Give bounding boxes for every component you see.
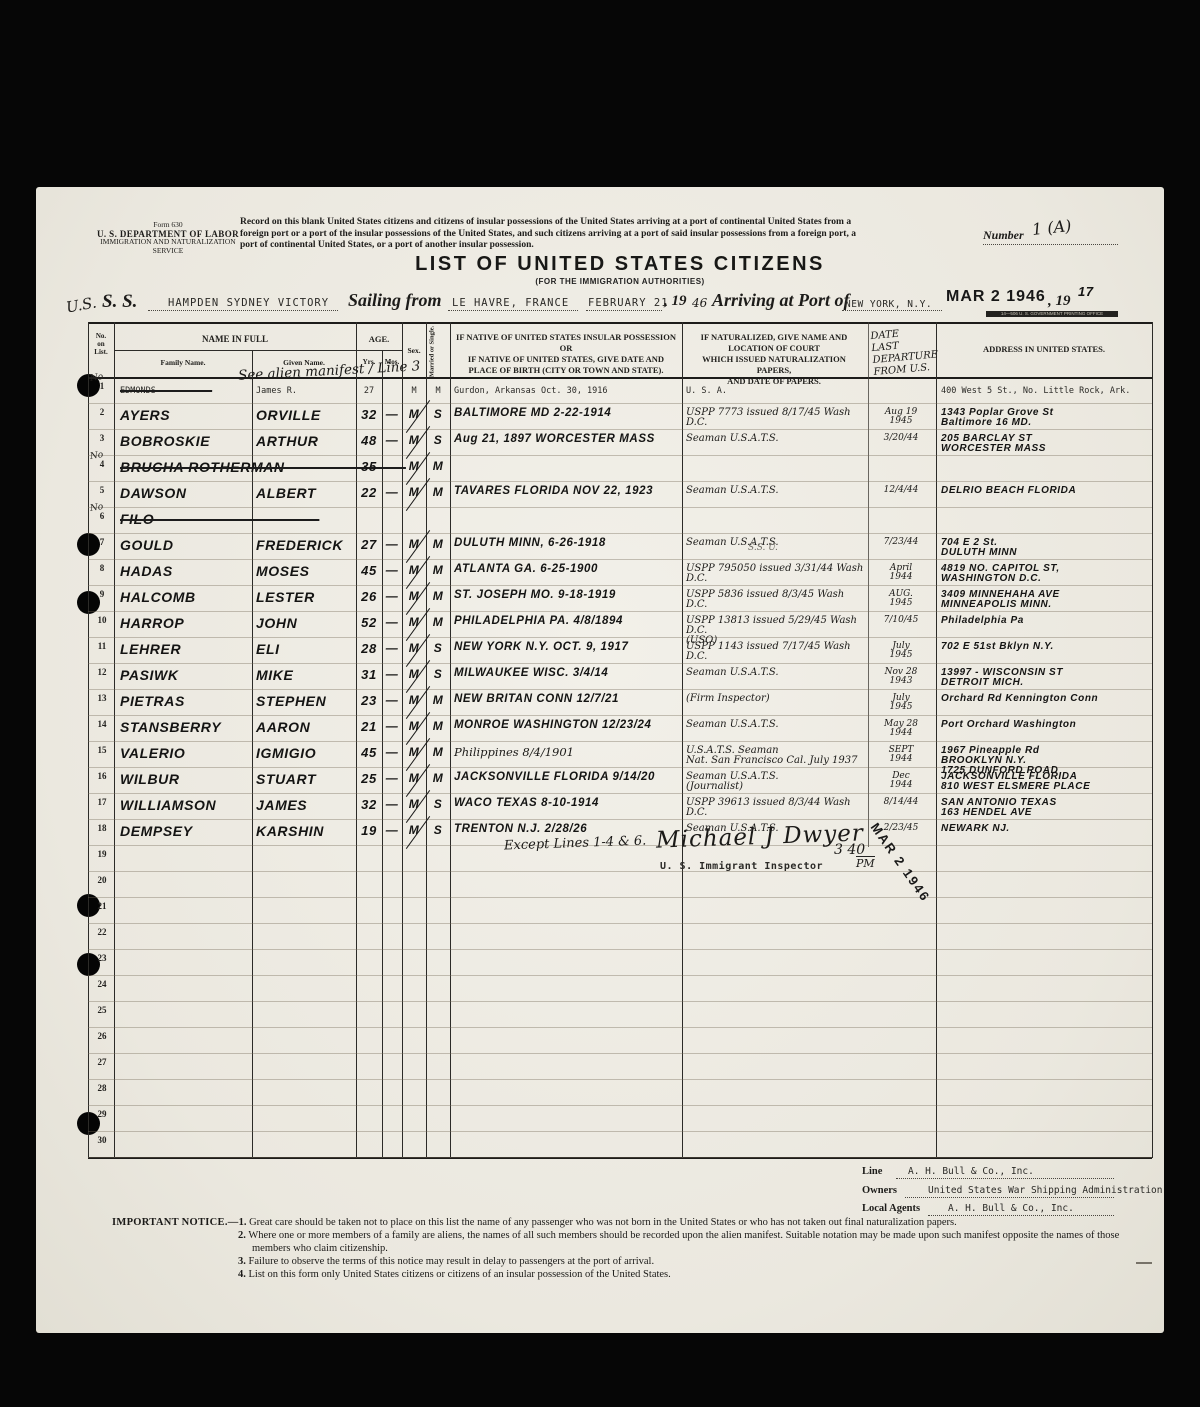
cell-mos: — [382, 615, 402, 629]
row8-pencil-note: S.S. U. [748, 543, 778, 553]
table-row: 4BRUCHA ROTHERMAN ————————35MMNo [88, 456, 1152, 482]
cell-birth: NEW YORK N.Y. OCT. 9, 1917 [454, 641, 684, 653]
notice-item-1: 1. Great care should be taken not to pla… [239, 1217, 957, 1228]
cell-mos: — [382, 407, 402, 421]
line-underline [896, 1178, 1114, 1179]
agents-value: A. H. Bull & Co., Inc. [948, 1203, 1074, 1214]
arrival-date-stamp: MAR 2 1946 [946, 288, 1046, 306]
table-row: 6FILO ———————————No [88, 508, 1152, 534]
cell-birth: ATLANTA GA. 6-25-1900 [454, 563, 684, 575]
ss-label: S. S. [102, 291, 137, 313]
table-row: 17WILLIAMSONJAMES32—MSWACO TEXAS 8-10-19… [88, 794, 1152, 820]
col-header-name: NAME IN FULL [114, 334, 356, 344]
number-label: Number [983, 228, 1024, 243]
cell-address: Philadelphia Pa [941, 616, 1149, 626]
arriving-label: Arriving at Port of [712, 290, 850, 311]
cell-address: 4819 NO. CAPITOL ST, WASHINGTON D.C. [941, 564, 1149, 584]
cell-birth: ST. JOSEPH MO. 9-18-1919 [454, 589, 684, 601]
cell-natur: USPP 795050 issued 3/31/44 Wash D.C. [686, 564, 868, 584]
table-row: 10HARROPJOHN52—MMPHILADELPHIA PA. 4/8/18… [88, 612, 1152, 638]
cell-birth: Philippines 8/4/1901 [454, 745, 684, 759]
cell-family: DEMPSEY [120, 823, 260, 839]
cell-natur: USPP 7773 issued 8/17/45 Wash D.C. [686, 408, 868, 428]
cell-given: KARSHIN [256, 823, 356, 839]
cell-yrs: 26 [356, 589, 382, 604]
cell-mos: — [382, 563, 402, 577]
agency-service: IMMIGRATION AND NATURALIZATION SERVICE [88, 238, 248, 255]
printing-office-plate: 14—506 U. S. GOVERNMENT PRINTING OFFICE [986, 311, 1118, 317]
cell-address: Orchard Rd Kennington Conn [941, 694, 1149, 704]
sailing-from-label: Sailing from [348, 290, 442, 311]
cell-marital: S [426, 797, 450, 811]
cell-mos: — [382, 667, 402, 681]
cell-natur: Seaman U.S.A.T.S. [686, 434, 868, 444]
cell-mos: — [382, 797, 402, 811]
cell-no: 27 [92, 1057, 112, 1067]
table-row: 23 [88, 950, 1152, 976]
cell-no: 26 [92, 1031, 112, 1041]
owners-value: United States War Shipping Administratio… [928, 1185, 1163, 1196]
cell-no: 20 [92, 875, 112, 885]
cell-natur: USPP 1143 issued 7/17/45 Wash D.C. [686, 642, 868, 662]
col-header-sex: Sex. [402, 346, 426, 355]
cell-marital: S [426, 823, 450, 837]
cell-no: 18 [92, 823, 112, 833]
cell-birth: WACO TEXAS 8-10-1914 [454, 797, 684, 809]
cell-family: PIETRAS [120, 693, 260, 709]
cell-birth: TAVARES FLORIDA NOV 22, 1923 [454, 485, 684, 497]
sailing-year: 46 [692, 296, 707, 310]
owners-underline [905, 1197, 1114, 1198]
page-title: LIST OF UNITED STATES CITIZENS [360, 253, 880, 276]
cell-given: MOSES [256, 563, 356, 579]
cell-mos: — [382, 771, 402, 785]
cell-family: AYERS [120, 407, 260, 423]
table-row: 9HALCOMBLESTER26—MMST. JOSEPH MO. 9-18-1… [88, 586, 1152, 612]
table-row: 13PIETRASSTEPHEN23—MMNEW BRITAN CONN 12/… [88, 690, 1152, 716]
sailing-port-underline [448, 310, 578, 311]
sailing-date-underline [586, 310, 662, 311]
cell-marital: M [426, 485, 450, 499]
cell-natur: (Firm Inspector) [686, 694, 868, 704]
cell-address: DELRIO BEACH FLORIDA [941, 486, 1149, 496]
cell-mos: — [382, 719, 402, 733]
table-row: 15VALERIOIGMIGIO45—MMPhilippines 8/4/190… [88, 742, 1152, 768]
cell-no: 5 [92, 485, 112, 495]
cell-no: 2 [92, 407, 112, 417]
cell-date: 7/10/45 [869, 616, 933, 625]
cell-address: 1343 Poplar Grove St Baltimore 16 MD. [941, 408, 1149, 428]
cell-birth: NEW BRITAN CONN 12/7/21 [454, 693, 684, 705]
table-row: 3BOBROSKIEARTHUR48—MSAug 21, 1897 WORCES… [88, 430, 1152, 456]
cell-given: STEPHEN [256, 693, 356, 709]
cell-no: 23 [92, 953, 112, 963]
cell-marital: S [426, 667, 450, 681]
cell-address: 13997 - WISCONSIN ST DETROIT MICH. [941, 668, 1149, 688]
cell-address: SAN ANTONIO TEXAS 163 HENDEL AVE [941, 798, 1149, 818]
margin-note: No [89, 372, 104, 384]
table-row: 20 [88, 872, 1152, 898]
table-row: 2AYERSORVILLE32—MSBALTIMORE MD 2-22-1914… [88, 404, 1152, 430]
cell-family: BOBROSKIE [120, 433, 260, 449]
cell-no: 15 [92, 745, 112, 755]
cell-no: 11 [92, 641, 112, 651]
time-meridiem: PM [856, 856, 875, 870]
printers-mark [1136, 1262, 1152, 1264]
line-value: A. H. Bull & Co., Inc. [908, 1166, 1034, 1177]
margin-note: No [89, 502, 104, 514]
col-header-age: AGE. [356, 334, 402, 344]
arrival-year-printed: , 19 [1048, 293, 1071, 310]
cell-given: ELI [256, 641, 356, 657]
table-row: 26 [88, 1028, 1152, 1054]
cell-no: 13 [92, 693, 112, 703]
cell-given: IGMIGIO [256, 745, 356, 761]
cell-mos: — [382, 693, 402, 707]
arrival-port: NEW YORK, N.Y. [845, 299, 932, 310]
cell-yrs: 48 [356, 433, 382, 448]
cell-yrs: 27 [356, 386, 382, 396]
cell-date: May 28 1944 [869, 720, 933, 738]
cell-marital: M [426, 386, 450, 396]
arrival-year-handwritten: 17 [1078, 284, 1094, 299]
cell-given: STUART [256, 771, 356, 787]
cell-no: 16 [92, 771, 112, 781]
notice-item-2: 2. Where one or more members of a family… [238, 1229, 1122, 1255]
cell-given: FREDERICK [256, 537, 356, 553]
cell-date: 12/4/44 [869, 486, 933, 495]
cell-birth: TRENTON N.J. 2/28/26 [454, 823, 684, 835]
cell-family: STANSBERRY [120, 719, 260, 735]
table-row: 16WILBURSTUART25—MMJACKSONVILLE FLORIDA … [88, 768, 1152, 794]
col-header-birth: IF NATIVE OF UNITED STATES INSULAR POSSE… [452, 332, 680, 376]
table-row: 22 [88, 924, 1152, 950]
cell-family: FILO ——————————— [120, 511, 260, 527]
cell-date: April 1944 [869, 564, 933, 582]
cell-family: EDMONDS —————————— [120, 386, 260, 396]
cell-marital: M [426, 563, 450, 577]
cell-date: July 1945 [869, 642, 933, 660]
cell-family: BRUCHA ROTHERMAN ———————— [120, 459, 260, 475]
cell-date: 3/20/44 [869, 434, 933, 443]
cell-yrs: 22 [356, 485, 382, 500]
line-label: Line [862, 1166, 882, 1177]
col-header-no: No. on List. [88, 332, 114, 356]
cell-no: 12 [92, 667, 112, 677]
cell-given: ORVILLE [256, 407, 356, 423]
cell-no: 8 [92, 563, 112, 573]
cell-no: 21 [92, 901, 112, 911]
cell-birth: Aug 21, 1897 WORCESTER MASS [454, 433, 684, 445]
cell-yrs: 23 [356, 693, 382, 708]
cell-natur: Seaman U.S.A.T.S. [686, 720, 868, 730]
table-row: 24 [88, 976, 1152, 1002]
agents-label: Local Agents [862, 1203, 920, 1214]
cell-marital: M [426, 771, 450, 785]
notice-label: IMPORTANT NOTICE.— [112, 1217, 239, 1228]
cell-no: 25 [92, 1005, 112, 1015]
table-row: 29 [88, 1106, 1152, 1132]
cell-mos: — [382, 433, 402, 447]
cell-birth: JACKSONVILLE FLORIDA 9/14/20 [454, 771, 684, 783]
cell-yrs: 32 [356, 407, 382, 422]
cell-yrs: 19 [356, 823, 382, 838]
table-row: 12PASIWKMIKE31—MSMILWAUKEE WISC. 3/4/14S… [88, 664, 1152, 690]
cell-marital: M [426, 537, 450, 551]
sailing-port: LE HAVRE, FRANCE [452, 297, 569, 309]
margin-note: No [89, 450, 104, 462]
cell-natur: Seaman U.S.A.T.S. [686, 486, 868, 496]
important-notice: IMPORTANT NOTICE.—1. Great care should b… [112, 1216, 1122, 1281]
table-row: 30 [88, 1132, 1152, 1158]
notice-item-3: 3. Failure to observe the terms of this … [238, 1255, 1122, 1268]
cell-birth: BALTIMORE MD 2-22-1914 [454, 407, 684, 419]
table-row: 27 [88, 1054, 1152, 1080]
cell-yrs: 27 [356, 537, 382, 552]
cell-yrs: 25 [356, 771, 382, 786]
cell-mos: — [382, 745, 402, 759]
cell-yrs: 28 [356, 641, 382, 656]
cell-given: ARTHUR [256, 433, 356, 449]
cell-mos: — [382, 589, 402, 603]
arrival-port-underline [842, 310, 942, 311]
cell-family: VALERIO [120, 745, 260, 761]
cell-yrs: 45 [356, 563, 382, 578]
table-row: 19 [88, 846, 1152, 872]
col-header-family: Family Name. [114, 358, 252, 367]
cell-yrs: 21 [356, 719, 382, 734]
table-row: 8HADASMOSES45—MMATLANTA GA. 6-25-1900USP… [88, 560, 1152, 586]
cell-address: 3409 MINNEHAHA AVE MINNEAPOLIS MINN. [941, 590, 1149, 610]
cell-given: JOHN [256, 615, 356, 631]
table-row: 11LEHRERELI28—MSNEW YORK N.Y. OCT. 9, 19… [88, 638, 1152, 664]
cell-birth: MONROE WASHINGTON 12/23/24 [454, 719, 684, 731]
cell-family: HADAS [120, 563, 260, 579]
cell-natur: USPP 5836 issued 8/3/45 Wash D.C. [686, 590, 868, 610]
cell-marital: S [426, 641, 450, 655]
cell-birth: MILWAUKEE WISC. 3/4/14 [454, 667, 684, 679]
cell-marital: M [426, 719, 450, 733]
cell-birth: Gurdon, Arkansas Oct. 30, 1916 [454, 386, 684, 396]
cell-marital: M [426, 615, 450, 629]
table-row: 7GOULDFREDERICK27—MMDULUTH MINN, 6-26-19… [88, 534, 1152, 560]
cell-birth: PHILADELPHIA PA. 4/8/1894 [454, 615, 684, 627]
col-header-address: ADDRESS IN UNITED STATES. [936, 344, 1152, 354]
cell-given: JAMES [256, 797, 356, 813]
cell-marital: M [426, 589, 450, 603]
cell-marital: S [426, 407, 450, 421]
cell-address: JACKSONVILLE FLORIDA 810 WEST ELSMERE PL… [941, 772, 1149, 792]
cell-date: July 1945 [869, 694, 933, 712]
cell-date: Nov 28 1943 [869, 668, 933, 686]
cell-sex: M [402, 386, 426, 396]
cell-no: 9 [92, 589, 112, 599]
cell-no: 24 [92, 979, 112, 989]
cell-no: 7 [92, 537, 112, 547]
row-rule [88, 1157, 1152, 1158]
cell-natur: Seaman U.S.A.T.S. (Journalist) [686, 772, 868, 792]
cell-mos: — [382, 823, 402, 837]
cell-address: NEWARK NJ. [941, 824, 1149, 834]
cell-family: HARROP [120, 615, 260, 631]
cell-natur: U.S.A.T.S. Seaman Nat. San Francisco Cal… [686, 746, 868, 766]
table-row: 21 [88, 898, 1152, 924]
cell-given: MIKE [256, 667, 356, 683]
cell-given: James R. [256, 386, 356, 396]
cell-mos: — [382, 485, 402, 499]
scanned-document: { "header": { "form_number": "Form 630",… [0, 0, 1200, 1407]
cell-family: GOULD [120, 537, 260, 553]
cell-date: 8/14/44 [869, 798, 933, 807]
cell-yrs: 45 [356, 745, 382, 760]
cell-given: ALBERT [256, 485, 356, 501]
cell-natur: USPP 39613 issued 8/3/44 Wash D.C. [686, 798, 868, 818]
table-row: 28 [88, 1080, 1152, 1106]
cell-natur: Seaman U.S.A.T.S. [686, 668, 868, 678]
cell-family: WILBUR [120, 771, 260, 787]
form-instructions: Record on this blank United States citiz… [240, 217, 940, 252]
form-identifier: Form 630 U. S. DEPARTMENT OF LABOR IMMIG… [88, 221, 248, 255]
cell-no: 10 [92, 615, 112, 625]
cell-marital: S [426, 433, 450, 447]
cell-mos: — [382, 641, 402, 655]
col-header-married: Married or Single. [429, 322, 436, 382]
cell-no: 22 [92, 927, 112, 937]
page-subtitle: (FOR THE IMMIGRATION AUTHORITIES) [360, 277, 880, 286]
cell-marital: M [426, 745, 450, 759]
owners-label: Owners [862, 1185, 897, 1196]
cell-given: LESTER [256, 589, 356, 605]
col-header-date-note: DATE LAST DEPARTURE FROM U.S. [870, 325, 944, 379]
cell-date: Aug 19 1945 [869, 408, 933, 426]
cell-family: PASIWK [120, 667, 260, 683]
cell-address: Port Orchard Washington [941, 720, 1149, 730]
cell-given: AARON [256, 719, 356, 735]
cell-no: 17 [92, 797, 112, 807]
cell-no: 28 [92, 1083, 112, 1093]
number-underline [983, 244, 1118, 245]
cell-yrs: 52 [356, 615, 382, 630]
cell-address: 702 E 51st Bklyn N.Y. [941, 642, 1149, 652]
cell-date: Dec 1944 [869, 772, 933, 790]
cell-no: 14 [92, 719, 112, 729]
cell-no: 3 [92, 433, 112, 443]
cell-yrs: 31 [356, 667, 382, 682]
cell-address: 400 West 5 St., No. Little Rock, Ark. [941, 386, 1149, 396]
cell-family: HALCOMB [120, 589, 260, 605]
cell-birth: DULUTH MINN, 6-26-1918 [454, 537, 684, 549]
cell-date: 7/23/44 [869, 538, 933, 547]
cell-no: 29 [92, 1109, 112, 1119]
ship-name-underline [148, 310, 338, 311]
sailing-year-printed: , 19 [664, 293, 687, 310]
cell-yrs: 35 [356, 459, 382, 474]
cell-address: 704 E 2 St. DULUTH MINN [941, 538, 1149, 558]
table-row: 14STANSBERRYAARON21—MMMONROE WASHINGTON … [88, 716, 1152, 742]
cell-address: 205 BARCLAY ST WORCESTER MASS [941, 434, 1149, 454]
notice-line-1: IMPORTANT NOTICE.—1. Great care should b… [112, 1216, 1122, 1229]
cell-marital: M [426, 693, 450, 707]
inspector-title: U. S. Immigrant Inspector [660, 861, 823, 872]
cell-mos: — [382, 537, 402, 551]
cell-family: LEHRER [120, 641, 260, 657]
cell-no: 19 [92, 849, 112, 859]
sailing-date: FEBRUARY 21 [588, 297, 669, 309]
cell-natur: U. S. A. [686, 386, 868, 396]
cell-yrs: 32 [356, 797, 382, 812]
ship-name: HAMPDEN SYDNEY VICTORY [168, 297, 329, 309]
cell-date: AUG. 1945 [869, 590, 933, 608]
cell-no: 30 [92, 1135, 112, 1145]
table-row: 25 [88, 1002, 1152, 1028]
table-row: 5DAWSONALBERT22—MMTAVARES FLORIDA NOV 22… [88, 482, 1152, 508]
notice-item-4: 4. List on this form only United States … [238, 1268, 1122, 1281]
cell-date: SEPT 1944 [869, 746, 933, 764]
cell-marital: M [426, 459, 450, 473]
cell-family: DAWSON [120, 485, 260, 501]
cell-family: WILLIAMSON [120, 797, 260, 813]
